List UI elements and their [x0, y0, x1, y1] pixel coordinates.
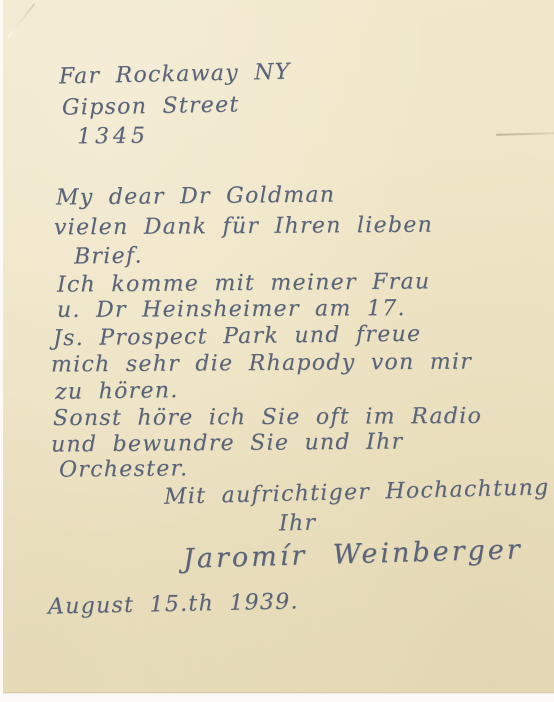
body-line: und bewundre Sie und Ihr: [51, 429, 404, 457]
closing-line: Mit aufrichtiger Hochachtung: [164, 475, 550, 509]
body-line: Ich komme mit meiner Frau: [57, 269, 431, 297]
scanned-letter: Far Rockaway NY Gipson Street 1345 My de…: [0, 0, 554, 702]
body-line: mich sehr die Rhapody von mir: [51, 350, 472, 378]
body-line: Orchester.: [59, 456, 189, 482]
body-line: vielen Dank für Ihren lieben: [54, 213, 433, 241]
sender-address-line: Far Rockaway NY: [59, 60, 291, 90]
body-line: Js. Prospect Park und freue: [53, 322, 422, 351]
date-line: August 15.th 1939.: [48, 589, 299, 619]
sender-address-line: Gipson Street: [62, 92, 240, 120]
body-line: Sonst höre ich Sie oft im Radio: [53, 404, 482, 431]
closing-line: Ihr: [279, 511, 317, 537]
body-line: Brief.: [74, 244, 143, 270]
letter-paper: Far Rockaway NY Gipson Street 1345 My de…: [3, 0, 554, 693]
paper-crease-top-left: [7, 3, 36, 39]
salutation: My dear Dr Goldman: [56, 183, 336, 211]
signature: Jaromír Weinberger: [183, 534, 523, 574]
paper-crease-right: [496, 132, 554, 135]
body-line: u. Dr Heinsheimer am 17.: [57, 296, 406, 323]
sender-address-line: 1345: [77, 124, 149, 150]
body-line: zu hören.: [55, 378, 179, 405]
